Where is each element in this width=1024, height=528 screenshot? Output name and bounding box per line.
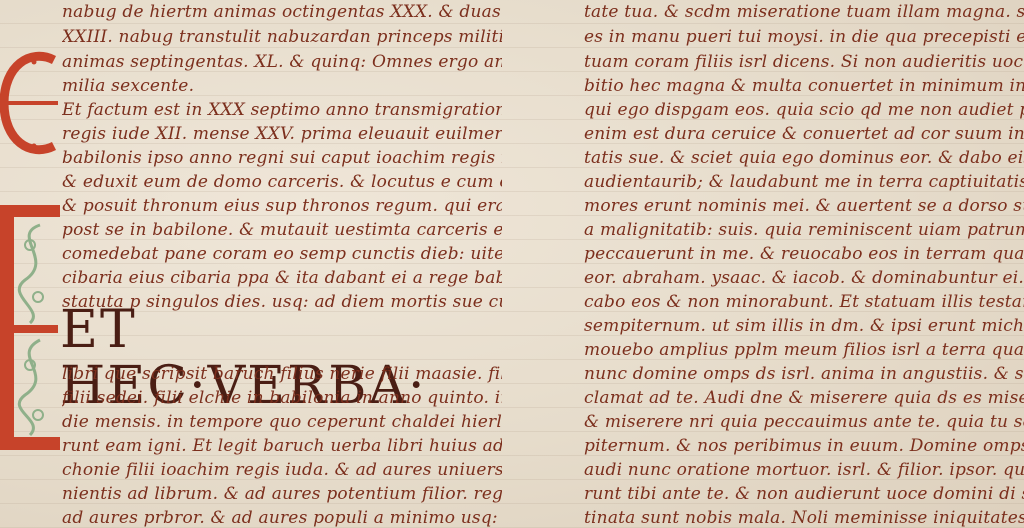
text-line: peccauerunt in me. & reuocabo eos in ter… — [584, 244, 1024, 264]
text-line: mouebo amplius pplm meum filios isrl a t… — [584, 340, 1024, 360]
text-line: tatis sue. & sciet quia ego dominus eor.… — [584, 148, 1024, 168]
text-line: die mensis. in tempore quo ceperunt chal… — [62, 412, 502, 432]
text-line: runt tibi ante te. & non audierunt uoce … — [584, 484, 1024, 504]
text-line: sempiternum. ut sim illis in dm. & ipsi … — [584, 316, 1024, 336]
text-line: bitio hec magna & multa conuertet in min… — [584, 76, 1024, 96]
text-line: filii sedei. filii elchie in babilonia i… — [62, 388, 502, 408]
text-line: tate tua. & scdm miseratione tuam illam … — [584, 2, 1024, 22]
text-line: tuam coram filiis isrl dicens. Si non au… — [584, 52, 1024, 72]
text-line: runt eam igni. Et legit baruch uerba lib… — [62, 436, 502, 456]
text-line: nientis ad librum. & ad aures potentium … — [62, 484, 502, 504]
text-line: tinata sunt nobis mala. Noli meminisse i… — [584, 508, 1024, 528]
text-line: a malignitatib: suis. quia reminiscent u… — [584, 220, 1024, 240]
left-column-after-heading: libri que scripsit baruch filius nerie f… — [0, 0, 520, 528]
text-line: piternum. & nos peribimus in euum. Domin… — [584, 436, 1024, 456]
text-line: clamat ad te. Audi dne & miserere quia d… — [584, 388, 1024, 408]
text-line: nunc domine omps ds isrl. anima in angus… — [584, 364, 1024, 384]
text-line: & miserere nri quia peccauimus ante te. … — [584, 412, 1024, 432]
text-line: qui ego dispgam eos. quia scio qd me non… — [584, 100, 1024, 120]
text-line: audi nunc oratione mortuor. isrl. & fili… — [584, 460, 1024, 480]
text-line: mores erunt nominis mei. & auertent se a… — [584, 196, 1024, 216]
text-line: ad aures prbror. & ad aures populi a min… — [62, 508, 502, 528]
text-line: enim est dura ceruice & conuertet ad cor… — [584, 124, 1024, 144]
text-line: eor. abraham. ysaac. & iacob. & dominabu… — [584, 268, 1024, 288]
text-line: audientaurib; & laudabunt me in terra ca… — [584, 172, 1024, 192]
text-line: es in manu pueri tui moysi. in die qua p… — [584, 27, 1024, 47]
text-line: chonie filii ioachim regis iuda. & ad au… — [62, 460, 502, 480]
text-line: libri que scripsit baruch filius nerie f… — [62, 364, 502, 384]
text-line: cabo eos & non minorabunt. Et statuam il… — [584, 292, 1024, 312]
right-column: tate tua. & scdm miseratione tuam illam … — [578, 0, 1024, 528]
